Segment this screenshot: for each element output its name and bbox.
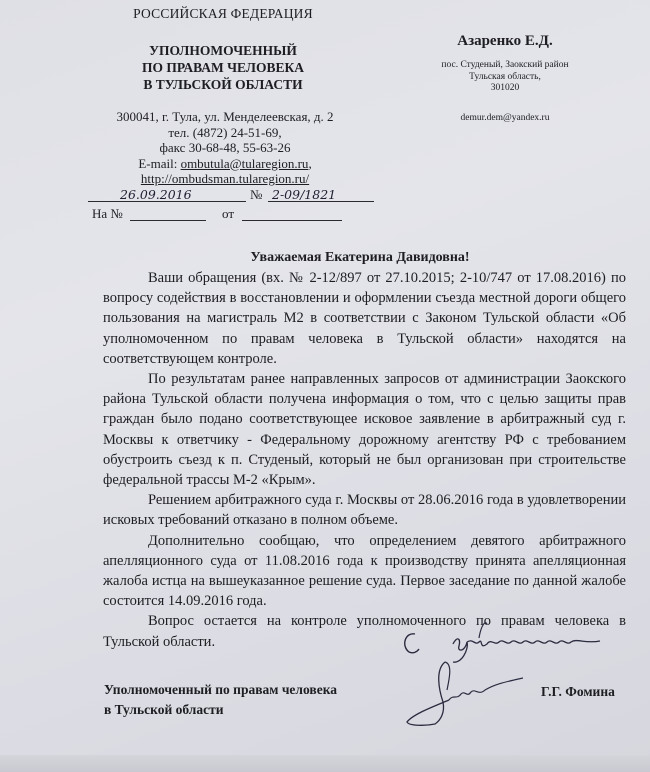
recipient-address-line: пос. Студеный, Заокский район [400, 60, 610, 72]
handwritten-number: 2-09/1821 [272, 187, 336, 202]
sender-email-line: E-mail: ombutula@tularegion.ru, [80, 156, 370, 172]
sender-organization: УПОЛНОМОЧЕННЫЙ ПО ПРАВАМ ЧЕЛОВЕКА В ТУЛЬ… [118, 42, 328, 93]
sender-website-link[interactable]: http://ombudsman.tularegion.ru/ [141, 171, 309, 186]
letter-body: Ваши обращения (вх. № 2-12/897 от 27.10.… [103, 268, 626, 652]
country-header: РОССИЙСКАЯ ФЕДЕРАЦИЯ [118, 6, 328, 22]
sender-fax: факс 30-68-48, 55-63-26 [80, 140, 370, 156]
org-line: УПОЛНОМОЧЕННЫЙ [118, 42, 328, 59]
sender-phone: тел. (4872) 24-51-69, [80, 125, 370, 141]
outgoing-reference: 26.09.2016 № 2-09/1821 [88, 187, 378, 203]
incoming-reference: На № от [92, 206, 382, 222]
email-label: E-mail: [138, 156, 180, 171]
number-label: № [250, 187, 262, 203]
sender-email-link[interactable]: ombutula@tularegion.ru [181, 156, 309, 171]
sender-contacts: 300041, г. Тула, ул. Менделеевская, д. 2… [80, 109, 370, 187]
signature [405, 660, 530, 730]
paragraph: Решением арбитражного суда г. Москвы от … [103, 490, 626, 530]
signatory-name: Г.Г. Фомина [541, 684, 615, 700]
recipient-name: Азаренко Е.Д. [400, 33, 610, 50]
signatory-title-line: Уполномоченный по правам человека [104, 680, 404, 700]
handwritten-date: 26.09.2016 [120, 187, 192, 202]
paragraph: Ваши обращения (вх. № 2-12/897 от 27.10.… [103, 268, 626, 369]
recipient-address-line: 301020 [400, 83, 610, 95]
email-suffix: , [308, 156, 311, 171]
reply-date-underline [242, 220, 342, 221]
page-bottom-edge [0, 755, 650, 772]
signatory-title: Уполномоченный по правам человека в Туль… [104, 680, 404, 720]
sender-address: 300041, г. Тула, ул. Менделеевская, д. 2 [80, 109, 370, 125]
reply-number-underline [130, 220, 206, 221]
letter-page: РОССИЙСКАЯ ФЕДЕРАЦИЯ УПОЛНОМОЧЕННЫЙ ПО П… [0, 0, 650, 772]
org-line: В ТУЛЬСКОЙ ОБЛАСТИ [118, 76, 328, 93]
reply-to-label: На № [92, 206, 123, 222]
paragraph: По результатам ранее направленных запрос… [103, 369, 626, 490]
recipient-email: demur.dem@yandex.ru [400, 113, 610, 123]
recipient-address: пос. Студеный, Заокский район Тульская о… [400, 60, 610, 95]
signatory-title-line: в Тульской области [104, 700, 404, 720]
handwritten-closing: С уважением [395, 616, 615, 666]
greeting: Уважаемая Екатерина Давидовна! [80, 250, 640, 266]
org-line: ПО ПРАВАМ ЧЕЛОВЕКА [118, 59, 328, 76]
paragraph: Дополнительно сообщаю, что определением … [103, 531, 626, 612]
recipient-address-line: Тульская область, [400, 72, 610, 84]
from-label: от [222, 206, 234, 222]
